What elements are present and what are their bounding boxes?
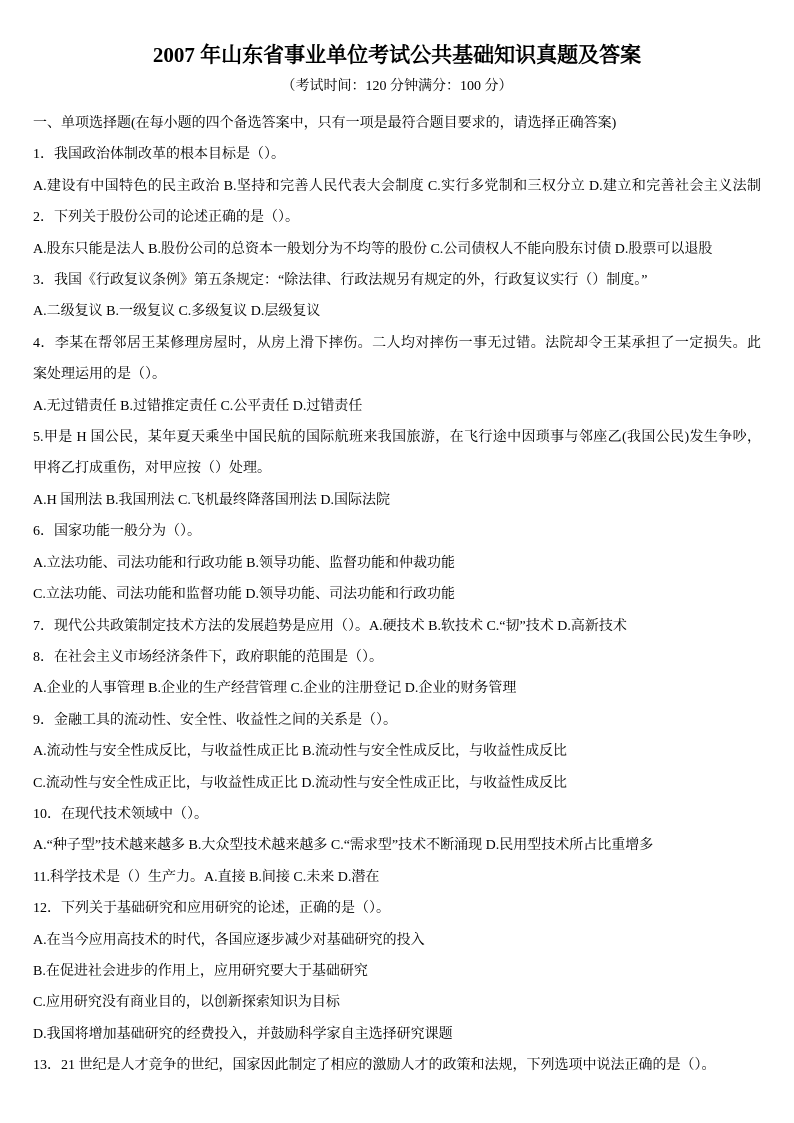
question-9-options-ab: A.流动性与安全性成反比，与收益性成正比 B.流动性与安全性成反比，与收益性成反…	[33, 736, 761, 767]
question-12-option-b: B.在促进社会进步的作用上，应用研究要大于基础研究	[33, 956, 761, 987]
question-10-stem: 10．在现代技术领域中（）。	[33, 799, 761, 830]
question-11-stem-options: 11.科学技术是（）生产力。A.直接 B.间接 C.未来 D.潜在	[33, 862, 761, 893]
question-8-options: A.企业的人事管理 B.企业的生产经营管理 C.企业的注册登记 D.企业的财务管…	[33, 673, 761, 704]
question-1-options: A.建设有中国特色的民主政治 B.坚持和完善人民代表大会制度 C.实行多党制和三…	[33, 171, 761, 202]
question-10-options: A.“种子型”技术越来越多 B.大众型技术越来越多 C.“需求型”技术不断涌现 …	[33, 830, 761, 861]
question-6-options-cd: C.立法功能、司法功能和监督功能 D.领导功能、司法功能和行政功能	[33, 579, 761, 610]
question-4-stem-line2: 案处理运用的是（）。	[33, 359, 761, 390]
question-5-stem-line2: 甲将乙打成重伤，对甲应按（）处理。	[33, 453, 761, 484]
question-2-options: A.股东只能是法人 B.股份公司的总资本一般划分为不均等的股份 C.公司债权人不…	[33, 234, 761, 265]
question-12-option-a: A.在当今应用高技术的时代，各国应逐步减少对基础研究的投入	[33, 925, 761, 956]
question-1-stem: 1．我国政治体制改革的根本目标是（）。	[33, 139, 761, 170]
question-5-options: A.H 国刑法 B.我国刑法 C.飞机最终降落国刑法 D.国际法院	[33, 485, 761, 516]
question-9-options-cd: C.流动性与安全性成正比，与收益性成正比 D.流动性与安全性成正比，与收益性成反…	[33, 768, 761, 799]
question-2-stem: 2．下列关于股份公司的论述正确的是（）。	[33, 202, 761, 233]
document-subtitle: （考试时间：120 分钟满分：100 分）	[33, 72, 761, 102]
question-3-stem: 3．我国《行政复议条例》第五条规定：“除法律、行政法规另有规定的外，行政复议实行…	[33, 265, 761, 296]
document-page: 2007 年山东省事业单位考试公共基础知识真题及答案 （考试时间：120 分钟满…	[0, 0, 794, 1123]
question-12-option-c: C.应用研究没有商业目的，以创新探索知识为目标	[33, 987, 761, 1018]
question-8-stem: 8．在社会主义市场经济条件下，政府职能的范围是（）。	[33, 642, 761, 673]
question-4-options: A.无过错责任 B.过错推定责任 C.公平责任 D.过错责任	[33, 391, 761, 422]
question-13-stem: 13．21 世纪是人才竞争的世纪，国家因此制定了相应的激励人才的政策和法规，下列…	[33, 1050, 761, 1081]
document-title: 2007 年山东省事业单位考试公共基础知识真题及答案	[33, 40, 761, 70]
question-5-stem-line1: 5.甲是 H 国公民，某年夏天乘坐中国民航的国际航班来我国旅游，在飞行途中因琐事…	[33, 422, 761, 453]
document-body: 一、单项选择题(在每小题的四个备选答案中，只有一项是最符合题目要求的，请选择正确…	[33, 108, 761, 1082]
question-9-stem: 9．金融工具的流动性、安全性、收益性之间的关系是（）。	[33, 705, 761, 736]
question-12-option-d: D.我国将增加基础研究的经费投入，并鼓励科学家自主选择研究课题	[33, 1019, 761, 1050]
question-3-options: A.二级复议 B.一级复议 C.多级复议 D.层级复议	[33, 296, 761, 327]
question-6-options-ab: A.立法功能、司法功能和行政功能 B.领导功能、监督功能和仲裁功能	[33, 548, 761, 579]
question-7-stem-options: 7．现代公共政策制定技术方法的发展趋势是应用（）。A.硬技术 B.软技术 C.“…	[33, 611, 761, 642]
question-4-stem-line1: 4．李某在帮邻居王某修理房屋时，从房上滑下摔伤。二人均对摔伤一事无过错。法院却令…	[33, 328, 761, 359]
question-12-stem: 12．下列关于基础研究和应用研究的论述，正确的是（）。	[33, 893, 761, 924]
section-intro: 一、单项选择题(在每小题的四个备选答案中，只有一项是最符合题目要求的，请选择正确…	[33, 108, 761, 139]
question-6-stem: 6．国家功能一般分为（）。	[33, 516, 761, 547]
